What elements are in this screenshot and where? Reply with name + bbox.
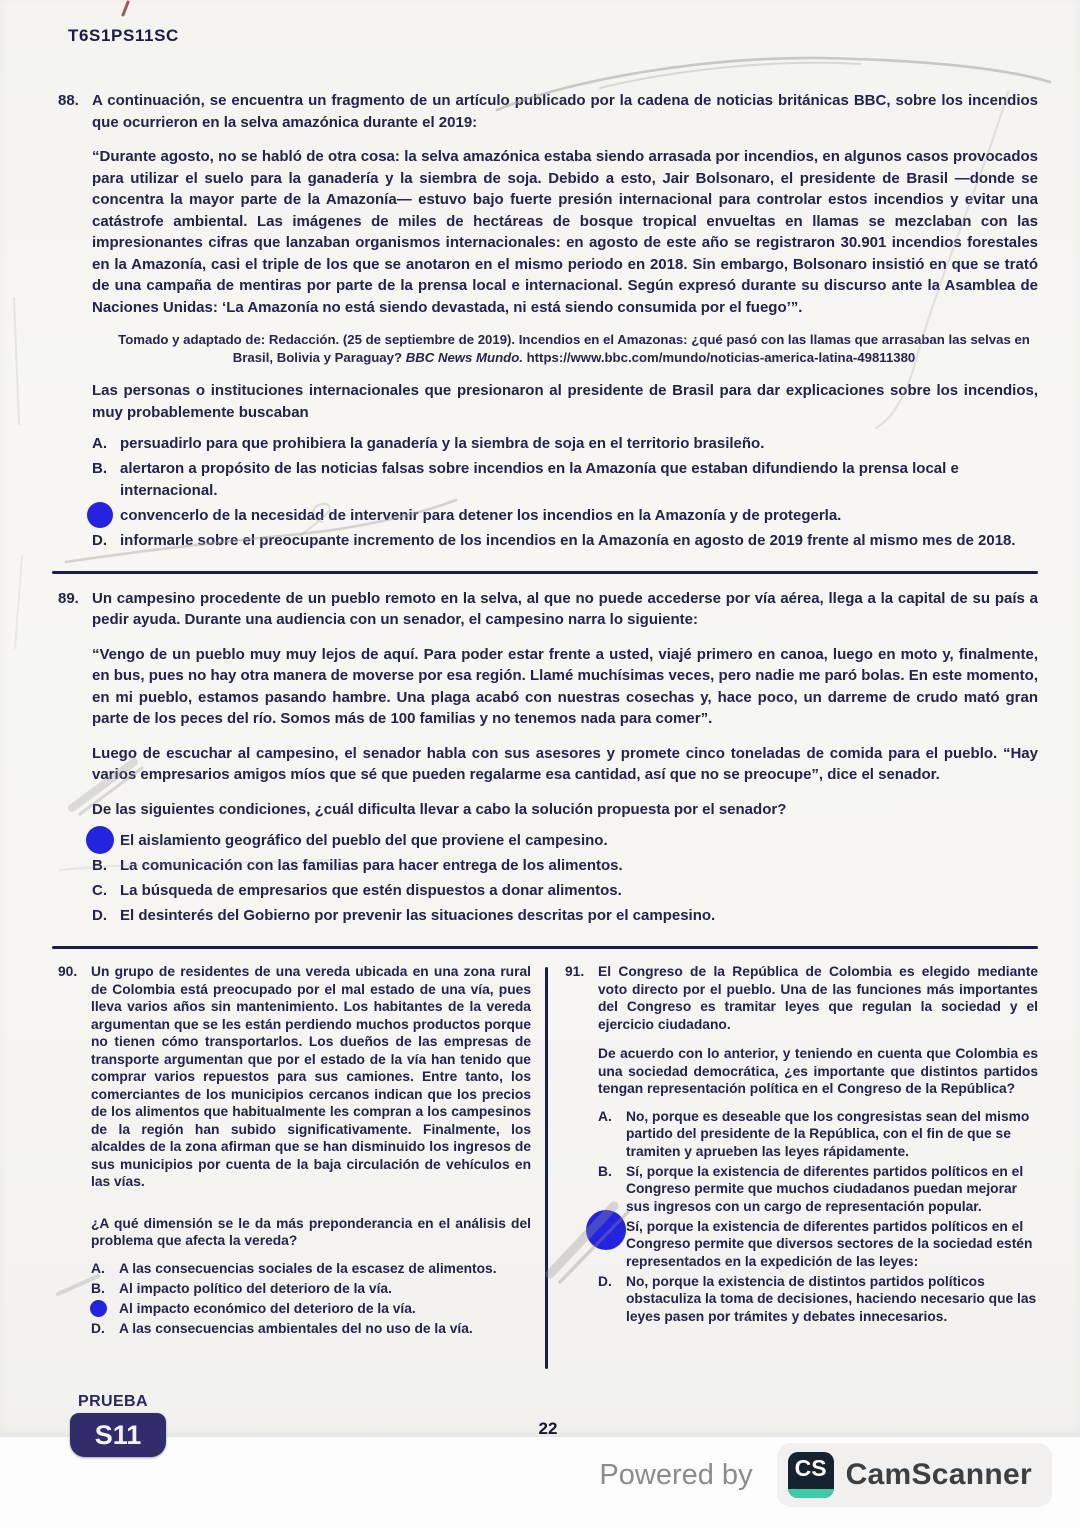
option-b: B.La comunicación con las familias para … — [92, 855, 1038, 877]
camscanner-brand-name: CamScanner — [846, 1458, 1032, 1492]
scanned-exam-page: T6S1PS11SC 88. A continuación, se encuen… — [0, 0, 1080, 1437]
option-b: B.alertaron a propósito de las noticias … — [92, 458, 1038, 501]
question-88: 88. A continuación, se encuentra un frag… — [58, 90, 1038, 555]
option-a-marked: A.El aislamiento geográfico del pueblo d… — [92, 830, 1038, 852]
option-letter: A. — [91, 1260, 119, 1278]
question-90-body: Un grupo de residentes de una vereda ubi… — [91, 963, 531, 1191]
option-text: Al impacto político del deterioro de la … — [119, 1280, 531, 1298]
test-form-code: T6S1PS11SC — [68, 26, 1038, 46]
camscanner-footer: Powered by CS CamScanner — [0, 1440, 1052, 1510]
option-c-marked: C.Al impacto económico del deterioro de … — [91, 1300, 531, 1318]
option-letter: D. — [92, 905, 120, 927]
page-number: 22 — [539, 1419, 558, 1439]
question-89-intro: Un campesino procedente de un pueblo rem… — [92, 588, 1038, 631]
option-c-marked: C.Sí, porque la existencia de diferentes… — [598, 1218, 1038, 1271]
question-89-quote: “Vengo de un pueblo muy muy lejos de aqu… — [92, 644, 1038, 730]
source-publication: BBC News Mundo. — [406, 350, 523, 365]
option-text: convencerlo de la necesidad de interveni… — [120, 505, 1038, 527]
question-91-number: 91. — [565, 963, 598, 1328]
question-90: 90. Un grupo de residentes de una vereda… — [58, 963, 531, 1369]
question-88-number: 88. — [58, 90, 92, 555]
option-a: A.persuadirlo para que prohibiera la gan… — [92, 433, 1038, 455]
option-b: B.Sí, porque la existencia de diferentes… — [598, 1163, 1038, 1216]
option-text: No, porque la existencia de distintos pa… — [626, 1273, 1038, 1326]
powered-by-label: Powered by — [599, 1459, 752, 1492]
question-88-options: A.persuadirlo para que prohibiera la gan… — [92, 433, 1038, 551]
option-d: D.El desinterés del Gobierno por preveni… — [92, 905, 1038, 927]
answer-mark-dot — [586, 1210, 626, 1250]
question-88-intro: A continuación, se encuentra un fragment… — [92, 90, 1038, 133]
option-letter: B. — [598, 1163, 626, 1216]
question-88-quote: “Durante agosto, no se habló de otra cos… — [92, 146, 1038, 318]
option-a: A.A las consecuencias sociales de la esc… — [91, 1260, 531, 1278]
option-b: B.Al impacto político del deterioro de l… — [91, 1280, 531, 1298]
camscanner-logo-text: CS — [788, 1455, 834, 1482]
answer-mark-dot — [86, 826, 114, 854]
option-text: Sí, porque la existencia de diferentes p… — [626, 1163, 1038, 1216]
question-90-options: A.A las consecuencias sociales de la esc… — [91, 1260, 531, 1338]
option-text: El aislamiento geográfico del pueblo del… — [120, 830, 1038, 852]
question-88-stem: Las personas o instituciones internacion… — [92, 380, 1038, 423]
question-91: 91. El Congreso de la República de Colom… — [565, 963, 1038, 1369]
question-90-number: 90. — [58, 963, 91, 1340]
option-text: El desinterés del Gobierno por prevenir … — [120, 905, 1038, 927]
option-text: La búsqueda de empresarios que estén dis… — [120, 880, 1038, 902]
question-88-source: Tomado y adaptado de: Redacción. (25 de … — [92, 331, 1038, 367]
question-89: 89. Un campesino procedente de un pueblo… — [58, 588, 1038, 931]
option-text: No, porque es deseable que los congresis… — [626, 1108, 1038, 1161]
option-text: La comunicación con las familias para ha… — [120, 855, 1038, 877]
option-c: C.La búsqueda de empresarios que estén d… — [92, 880, 1038, 902]
option-text: A las consecuencias ambientales del no u… — [119, 1320, 531, 1338]
option-text: alertaron a propósito de las noticias fa… — [120, 458, 1038, 501]
section-divider — [52, 946, 1038, 949]
option-letter: A. — [92, 433, 120, 455]
option-c-marked: C.convencerlo de la necesidad de interve… — [92, 505, 1038, 527]
option-letter: B. — [92, 458, 120, 501]
option-letter: D. — [598, 1273, 626, 1326]
option-d: D.A las consecuencias ambientales del no… — [91, 1320, 531, 1338]
option-d: D.No, porque la existencia de distintos … — [598, 1273, 1038, 1326]
option-letter: B. — [91, 1280, 119, 1298]
option-text: Al impacto económico del deterioro de la… — [119, 1300, 531, 1318]
column-divider — [545, 967, 548, 1369]
answer-mark-dot — [87, 502, 113, 528]
option-a: A.No, porque es deseable que los congres… — [598, 1108, 1038, 1161]
question-89-options: A.El aislamiento geográfico del pueblo d… — [92, 830, 1038, 927]
option-letter: A. — [598, 1108, 626, 1161]
option-text: A las consecuencias sociales de la escas… — [119, 1260, 531, 1278]
question-90-stem: ¿A qué dimensión se le da más prepondera… — [91, 1215, 531, 1250]
question-91-stem: De acuerdo con lo anterior, y teniendo e… — [598, 1045, 1038, 1098]
camscanner-logo-teal-bar — [788, 1489, 834, 1498]
option-letter: B. — [92, 855, 120, 877]
option-text: informarle sobre el preocupante incremen… — [120, 530, 1038, 552]
answer-mark-dot — [90, 1300, 107, 1317]
question-89-number: 89. — [58, 588, 92, 931]
question-89-stem: De las siguientes condiciones, ¿cuál dif… — [92, 799, 1038, 821]
question-89-paragraph: Luego de escuchar al campesino, el senad… — [92, 743, 1038, 786]
option-text: Sí, porque la existencia de diferentes p… — [626, 1218, 1038, 1271]
question-91-options: A.No, porque es deseable que los congres… — [598, 1108, 1038, 1326]
test-badge-label: PRUEBA — [78, 1393, 166, 1411]
option-letter: C. — [92, 880, 120, 902]
option-letter: D. — [92, 530, 120, 552]
source-url: https://www.bbc.com/mundo/noticias-ameri… — [523, 350, 915, 365]
section-divider — [52, 571, 1038, 574]
option-text: persuadirlo para que prohibiera la ganad… — [120, 433, 1038, 455]
camscanner-logo-icon: CS — [788, 1452, 834, 1498]
option-letter: D. — [91, 1320, 119, 1338]
two-column-section: 90. Un grupo de residentes de una vereda… — [58, 963, 1038, 1369]
option-d: D.informarle sobre el preocupante increm… — [92, 530, 1038, 552]
camscanner-brand-pill[interactable]: CS CamScanner — [777, 1443, 1052, 1507]
question-91-body: El Congreso de la República de Colombia … — [598, 963, 1038, 1033]
